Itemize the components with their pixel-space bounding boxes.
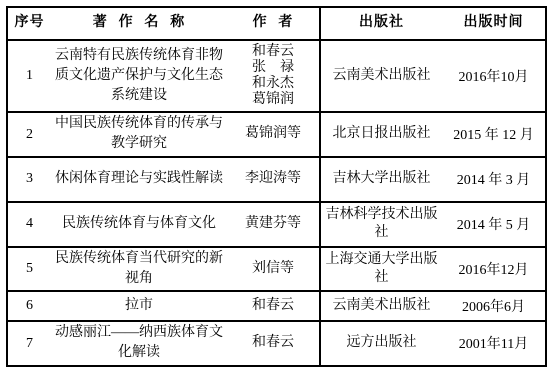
title-cell: 拉市: [51, 291, 227, 321]
author-cell: 李迎涛等: [227, 157, 320, 202]
title-cell: 民族传统体育与体育文化: [51, 202, 227, 247]
title-cell: 云南特有民族传统体育非物 质文化遗产保护与文化生态 系统建设: [51, 40, 227, 112]
table-row: 5 民族传统体育当代研究的新 视角 刘信等 上海交通大学出版 社 2016年12…: [7, 247, 546, 292]
publisher-cell: 云南美术出版社: [320, 291, 442, 321]
table-header-row: 序号 著 作 名 称 作 者 出版社 出版时间: [7, 7, 546, 40]
title-cell: 中国民族传统体育的传承与 教学研究: [51, 112, 227, 157]
table-row: 3 休闲体育理论与实践性解读 李迎涛等 吉林大学出版社 2014 年 3 月: [7, 157, 546, 202]
table-row: 4 民族传统体育与体育文化 黄建芬等 吉林科学技术出版社 2014 年 5 月: [7, 202, 546, 247]
title-cell: 民族传统体育当代研究的新 视角: [51, 247, 227, 292]
date-cell: 2014 年 5 月: [442, 202, 546, 247]
date-cell: 2016年12月: [442, 247, 546, 292]
table-row: 2 中国民族传统体育的传承与 教学研究 葛锦润等 北京日报出版社 2015 年 …: [7, 112, 546, 157]
date-cell: 2016年10月: [442, 40, 546, 112]
seq-cell: 2: [7, 112, 51, 157]
title-cell: 休闲体育理论与实践性解读: [51, 157, 227, 202]
date-cell: 2006年6月: [442, 291, 546, 321]
title-cell: 动感丽江——纳西族体育文 化解读: [51, 321, 227, 366]
publisher-cell: 云南美术出版社: [320, 40, 442, 112]
header-seq: 序号: [7, 7, 51, 40]
author-cell: 葛锦润等: [227, 112, 320, 157]
publications-table: 序号 著 作 名 称 作 者 出版社 出版时间 1 云南特有民族传统体育非物 质…: [6, 6, 547, 367]
header-publisher: 出版社: [320, 7, 442, 40]
header-author: 作 者: [227, 7, 320, 40]
header-title: 著 作 名 称: [51, 7, 227, 40]
publisher-cell: 远方出版社: [320, 321, 442, 366]
publisher-cell: 北京日报出版社: [320, 112, 442, 157]
author-cell: 刘信等: [227, 247, 320, 292]
publisher-cell: 吉林大学出版社: [320, 157, 442, 202]
date-cell: 2001年11月: [442, 321, 546, 366]
author-cell: 和春云: [227, 291, 320, 321]
seq-cell: 4: [7, 202, 51, 247]
seq-cell: 6: [7, 291, 51, 321]
author-cell: 和春云: [227, 321, 320, 366]
author-cell: 和春云 张 禄 和永杰 葛锦润: [227, 40, 320, 112]
seq-cell: 5: [7, 247, 51, 292]
table-row: 1 云南特有民族传统体育非物 质文化遗产保护与文化生态 系统建设 和春云 张 禄…: [7, 40, 546, 112]
author-cell: 黄建芬等: [227, 202, 320, 247]
publisher-cell: 吉林科学技术出版社: [320, 202, 442, 247]
header-date: 出版时间: [442, 7, 546, 40]
seq-cell: 1: [7, 40, 51, 112]
date-cell: 2014 年 3 月: [442, 157, 546, 202]
table-row: 6 拉市 和春云 云南美术出版社 2006年6月: [7, 291, 546, 321]
date-cell: 2015 年 12 月: [442, 112, 546, 157]
seq-cell: 3: [7, 157, 51, 202]
publisher-cell: 上海交通大学出版 社: [320, 247, 442, 292]
document-page: 序号 著 作 名 称 作 者 出版社 出版时间 1 云南特有民族传统体育非物 质…: [0, 6, 547, 372]
table-row: 7 动感丽江——纳西族体育文 化解读 和春云 远方出版社 2001年11月: [7, 321, 546, 366]
seq-cell: 7: [7, 321, 51, 366]
